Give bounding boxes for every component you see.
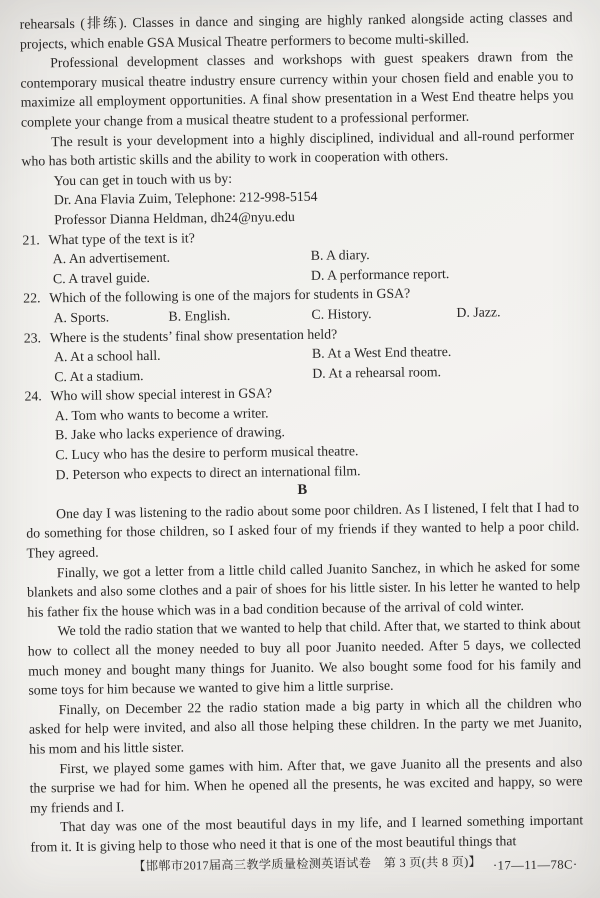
passage-b-paragraph: We told the radio station that we wanted… bbox=[27, 615, 581, 701]
option: B. Jake who lacks experience of drawing. bbox=[55, 425, 285, 443]
option: C. Lucy who has the desire to perform mu… bbox=[55, 443, 358, 462]
question-number: 21. bbox=[22, 230, 48, 250]
option: B. A diary. bbox=[311, 245, 370, 265]
option: D. At a rehearsal room. bbox=[312, 362, 441, 383]
option: A. Tom who wants to become a writer. bbox=[55, 405, 269, 423]
passage-a-paragraph: Professional development classes and wor… bbox=[20, 47, 574, 133]
question-text: Where is the students’ final show presen… bbox=[50, 326, 338, 345]
option: B. At a West End theatre. bbox=[312, 342, 452, 363]
option: C. History. bbox=[311, 303, 456, 324]
question-23: 23.Where is the students’ final show pre… bbox=[24, 321, 578, 387]
footer-code: ·17—11—78C· bbox=[493, 855, 578, 874]
question-text: Which of the following is one of the maj… bbox=[49, 286, 410, 306]
question-text: Who will show special interest in GSA? bbox=[50, 386, 272, 404]
passage-b-paragraph: That day was one of the most beautiful d… bbox=[30, 811, 583, 857]
passage-b-paragraph: One day I was listening to the radio abo… bbox=[26, 497, 580, 563]
option: D. Jazz. bbox=[456, 302, 500, 322]
question-number: 22. bbox=[23, 289, 49, 309]
option: C. At a stadium. bbox=[54, 364, 312, 387]
question-24: 24.Who will show special interest in GSA… bbox=[24, 380, 578, 485]
passage-b-paragraph: First, we played some games with him. Af… bbox=[29, 752, 583, 818]
passage-b-paragraph: Finally, on December 22 the radio statio… bbox=[29, 693, 583, 759]
scanned-exam-page: rehearsals (排练). Classes in dance and si… bbox=[0, 0, 600, 898]
question-22: 22.Which of the following is one of the … bbox=[23, 282, 576, 328]
option: B. English. bbox=[168, 305, 311, 326]
option: D. A performance report. bbox=[311, 264, 450, 285]
question-number: 24. bbox=[24, 387, 50, 407]
question-number: 23. bbox=[24, 328, 50, 348]
question-text: What type of the text is it? bbox=[48, 230, 195, 247]
question-21: 21.What type of the text is it? A. An ad… bbox=[22, 223, 576, 289]
option: A. Sports. bbox=[53, 307, 168, 328]
page-content: rehearsals (排练). Classes in dance and si… bbox=[0, 0, 600, 898]
passage-b-paragraph: Finally, we got a letter from a little c… bbox=[27, 556, 581, 622]
option: D. Peterson who expects to direct an int… bbox=[55, 463, 360, 482]
